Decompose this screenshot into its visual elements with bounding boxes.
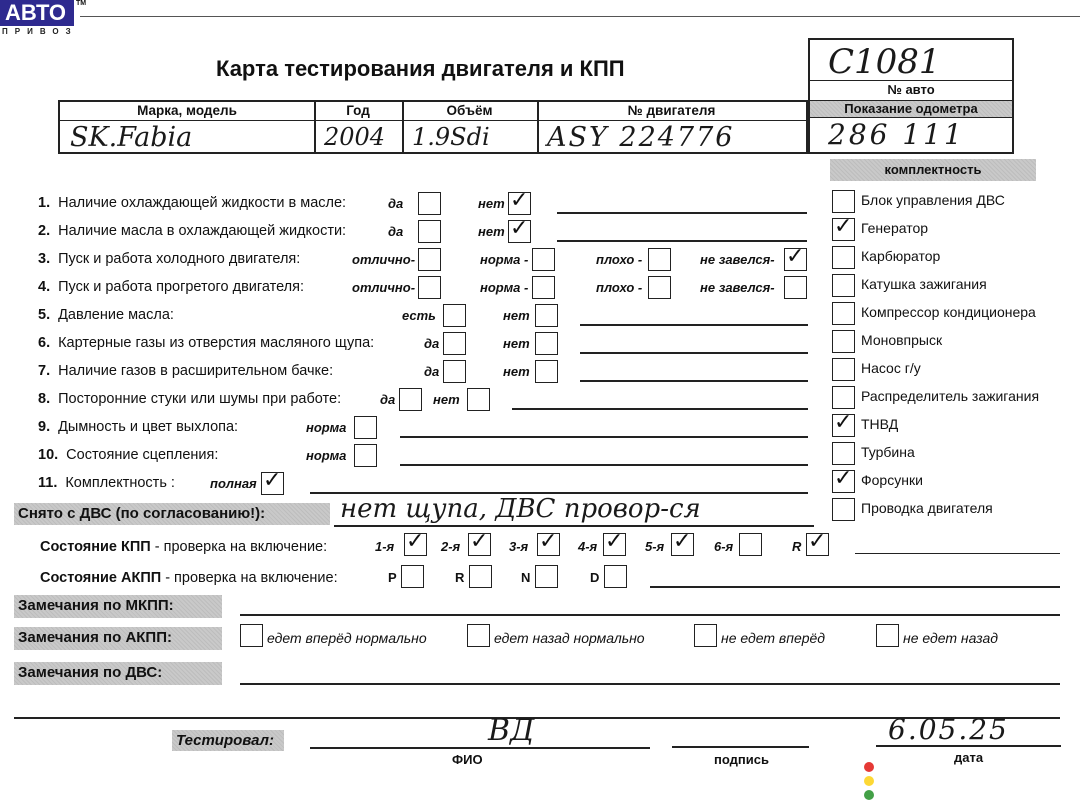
option-checkbox[interactable] xyxy=(443,332,466,355)
question-text: Давление масла: xyxy=(58,307,174,323)
option-checkbox[interactable] xyxy=(418,192,441,215)
question-row: 3.Пуск и работа холодного двигателя: xyxy=(38,251,300,267)
answer-line xyxy=(310,492,808,494)
header-volume: Объём xyxy=(402,102,537,121)
manual-gearbox-label: Состояние КПП - проверка на включение: xyxy=(40,539,327,555)
answer-line xyxy=(557,240,807,242)
completeness-item-label: Насос г/у xyxy=(861,360,921,376)
gear-checkbox[interactable]: ✓ xyxy=(404,533,427,556)
name-line xyxy=(310,747,650,749)
check-mark-icon: ✓ xyxy=(808,528,826,556)
option-checkbox[interactable] xyxy=(532,248,555,271)
option-checkbox[interactable]: ✓ xyxy=(508,192,531,215)
answer-line xyxy=(512,408,808,410)
name-caption: ФИО xyxy=(452,752,483,767)
gear-checkbox[interactable]: ✓ xyxy=(671,533,694,556)
check-mark-icon: ✓ xyxy=(510,187,528,215)
signature-caption: подпись xyxy=(714,752,769,767)
check-mark-icon: ✓ xyxy=(673,528,691,556)
completeness-item-label: Генератор xyxy=(861,220,928,236)
auto-gearbox-label: Состояние АКПП - проверка на включение: xyxy=(40,570,338,586)
akpp-option-checkbox[interactable] xyxy=(694,624,717,647)
question-row: 6.Картерные газы из отверстия масляного … xyxy=(38,335,374,351)
option-checkbox[interactable] xyxy=(418,248,441,271)
akpp-option-label: не едет назад xyxy=(903,630,998,646)
auto-gearbox-line xyxy=(650,586,1060,588)
check-mark-icon: ✓ xyxy=(834,465,852,493)
question-text: Пуск и работа холодного двигателя: xyxy=(58,251,300,267)
option-label: да xyxy=(388,196,403,211)
question-text: Пуск и работа прогретого двигателя: xyxy=(58,279,304,295)
option-checkbox[interactable] xyxy=(535,304,558,327)
option-checkbox[interactable] xyxy=(648,276,671,299)
akpp-option-label: едет вперёд нормально xyxy=(267,630,427,646)
check-mark-icon: ✓ xyxy=(786,243,804,271)
check-mark-icon: ✓ xyxy=(263,467,281,495)
question-text: Наличие газов в расширительном бачке: xyxy=(58,363,333,379)
question-row: 4.Пуск и работа прогретого двигателя: xyxy=(38,279,304,295)
mode-label: R xyxy=(455,570,464,585)
date-caption: дата xyxy=(954,750,983,765)
option-label: нет xyxy=(503,364,530,379)
question-text: Посторонние стуки или шумы при работе: xyxy=(58,391,341,407)
completeness-item-label: Турбина xyxy=(861,444,915,460)
option-checkbox[interactable] xyxy=(418,276,441,299)
question-number: 8. xyxy=(38,391,50,407)
question-text: Картерные газы из отверстия масляного щу… xyxy=(58,335,374,351)
engine-number-value: ASY 224776 xyxy=(537,121,806,154)
completeness-checkbox[interactable] xyxy=(832,246,855,269)
answer-line xyxy=(580,352,808,354)
gear-checkbox[interactable]: ✓ xyxy=(537,533,560,556)
question-number: 11. xyxy=(38,475,57,491)
header-make-model: Марка, модель xyxy=(60,102,314,121)
check-mark-icon: ✓ xyxy=(834,409,852,437)
question-text: Комплектность : xyxy=(65,475,175,491)
question-row: 10.Состояние сцепления: xyxy=(38,447,218,463)
mode-label: P xyxy=(388,570,397,585)
signature-line xyxy=(672,746,809,748)
option-label: нет xyxy=(478,224,505,239)
remarks-dvs-line xyxy=(240,683,1060,685)
option-checkbox[interactable] xyxy=(532,276,555,299)
yellow-dot-icon xyxy=(864,776,874,786)
check-mark-icon: ✓ xyxy=(539,528,557,556)
completeness-checkbox[interactable]: ✓ xyxy=(832,470,855,493)
mode-label: D xyxy=(590,570,599,585)
option-label: да xyxy=(424,336,439,351)
question-number: 5. xyxy=(38,307,50,323)
tested-by-label: Тестировал: xyxy=(172,730,284,751)
akpp-option-checkbox[interactable] xyxy=(240,624,263,647)
mode-label: N xyxy=(521,570,530,585)
question-text: Состояние сцепления: xyxy=(66,447,218,463)
completeness-checkbox[interactable]: ✓ xyxy=(832,218,855,241)
check-mark-icon: ✓ xyxy=(834,213,852,241)
option-label: отлично- xyxy=(352,280,415,295)
auto-number-box: C1081 № авто Показание одометра 286 111 xyxy=(808,38,1014,154)
date-value: 6.05.25 xyxy=(888,713,1009,746)
completeness-item-label: Форсунки xyxy=(861,472,923,488)
completeness-item-label: Распределитель зажигания xyxy=(861,388,1039,404)
gear-checkbox[interactable]: ✓ xyxy=(806,533,829,556)
question-number: 6. xyxy=(38,335,50,351)
removed-line xyxy=(334,525,814,527)
mode-checkbox[interactable] xyxy=(535,565,558,588)
akpp-option-label: не едет вперёд xyxy=(721,630,825,646)
option-label: плохо - xyxy=(596,252,642,267)
make-model-value: SK.Fabia xyxy=(60,121,314,154)
gear-checkbox[interactable]: ✓ xyxy=(468,533,491,556)
option-label: да xyxy=(424,364,439,379)
option-checkbox[interactable] xyxy=(784,276,807,299)
completeness-item-label: Катушка зажигания xyxy=(861,276,987,292)
answer-line xyxy=(580,324,808,326)
option-label: отлично- xyxy=(352,252,415,267)
option-label: нет xyxy=(503,308,530,323)
remarks-mkpp-label: Замечания по МКПП: xyxy=(14,595,222,618)
question-number: 4. xyxy=(38,279,50,295)
option-checkbox[interactable] xyxy=(535,360,558,383)
top-rule xyxy=(80,16,1080,17)
question-row: 8.Посторонние стуки или шумы при работе: xyxy=(38,391,341,407)
tested-by-name: ВД xyxy=(488,713,534,748)
option-label: нет xyxy=(433,392,460,407)
option-checkbox[interactable]: ✓ xyxy=(261,472,284,495)
option-label: не завелся- xyxy=(700,252,775,267)
green-dot-icon xyxy=(864,790,874,800)
completeness-checkbox[interactable] xyxy=(832,190,855,213)
option-checkbox[interactable] xyxy=(535,332,558,355)
vehicle-info-table: Марка, модель Год Объём № двигателя SK.F… xyxy=(58,100,808,154)
removed-value: нет щупа, ДВС провор-ся xyxy=(340,494,701,524)
option-checkbox[interactable]: ✓ xyxy=(508,220,531,243)
question-number: 9. xyxy=(38,419,50,435)
removed-label: Снято с ДВС (по согласованию!): xyxy=(14,503,330,525)
option-label: норма xyxy=(306,420,346,435)
option-checkbox[interactable]: ✓ xyxy=(784,248,807,271)
completeness-checkbox[interactable] xyxy=(832,386,855,409)
answer-line xyxy=(580,380,808,382)
completeness-item-label: Карбюратор xyxy=(861,248,940,264)
check-mark-icon: ✓ xyxy=(470,528,488,556)
option-label: норма - xyxy=(480,280,528,295)
option-checkbox[interactable] xyxy=(399,388,422,411)
gear-label: 3-я xyxy=(509,539,528,554)
question-row: 1.Наличие охлаждающей жидкости в масле: xyxy=(38,195,346,211)
gear-checkbox[interactable]: ✓ xyxy=(603,533,626,556)
year-value: 2004 xyxy=(314,121,402,154)
question-text: Дымность и цвет выхлопа: xyxy=(58,419,238,435)
completeness-checkbox[interactable] xyxy=(832,358,855,381)
check-mark-icon: ✓ xyxy=(406,528,424,556)
completeness-checkbox[interactable] xyxy=(832,442,855,465)
option-checkbox[interactable] xyxy=(648,248,671,271)
akpp-option-checkbox[interactable] xyxy=(876,624,899,647)
option-label: нет xyxy=(503,336,530,351)
avtoprivoz-logo: АВТО xyxy=(0,0,74,26)
logo-subtitle: ПРИВОЗ xyxy=(2,27,78,36)
question-number: 1. xyxy=(38,195,50,211)
mode-checkbox[interactable] xyxy=(401,565,424,588)
option-label: да xyxy=(380,392,395,407)
option-checkbox[interactable] xyxy=(443,360,466,383)
option-checkbox[interactable] xyxy=(467,388,490,411)
completeness-checkbox[interactable] xyxy=(832,302,855,325)
answer-line xyxy=(400,464,808,466)
option-checkbox[interactable] xyxy=(418,220,441,243)
question-number: 3. xyxy=(38,251,50,267)
gear-label: R xyxy=(792,539,801,554)
option-checkbox[interactable] xyxy=(443,304,466,327)
question-number: 7. xyxy=(38,363,50,379)
page-title: Карта тестирования двигателя и КПП xyxy=(216,56,625,82)
question-row: 11.Комплектность : xyxy=(38,475,175,491)
gear-label: 2-я xyxy=(441,539,460,554)
question-row: 2.Наличие масла в охлаждающей жидкости: xyxy=(38,223,346,239)
option-checkbox[interactable] xyxy=(354,416,377,439)
remarks-mkpp-line xyxy=(240,614,1060,616)
completeness-checkbox[interactable] xyxy=(832,498,855,521)
completeness-header: комплектность xyxy=(830,159,1036,181)
option-label: норма - xyxy=(480,252,528,267)
date-line xyxy=(876,745,1061,747)
gearbox-line xyxy=(855,553,1060,554)
completeness-item-label: Проводка двигателя xyxy=(861,500,993,516)
gear-checkbox[interactable] xyxy=(739,533,762,556)
completeness-item-label: Моновпрыск xyxy=(861,332,942,348)
answer-line xyxy=(400,436,808,438)
question-row: 9.Дымность и цвет выхлопа: xyxy=(38,419,238,435)
option-label: плохо - xyxy=(596,280,642,295)
mode-checkbox[interactable] xyxy=(604,565,627,588)
completeness-item-label: ТНВД xyxy=(861,416,898,432)
question-text: Наличие масла в охлаждающей жидкости: xyxy=(58,223,346,239)
akpp-option-checkbox[interactable] xyxy=(467,624,490,647)
option-label: полная xyxy=(210,476,257,491)
completeness-item-label: Компрессор кондиционера xyxy=(861,304,1036,320)
option-label: норма xyxy=(306,448,346,463)
option-label: есть xyxy=(402,308,436,323)
akpp-option-label: едет назад нормально xyxy=(494,630,645,646)
gear-label: 4-я xyxy=(578,539,597,554)
answer-line xyxy=(557,212,807,214)
question-row: 7.Наличие газов в расширительном бачке: xyxy=(38,363,333,379)
gear-label: 5-я xyxy=(645,539,664,554)
completeness-checkbox[interactable] xyxy=(832,274,855,297)
option-label: не завелся- xyxy=(700,280,775,295)
mode-checkbox[interactable] xyxy=(469,565,492,588)
auto-number-label: № авто xyxy=(810,81,1012,99)
auto-number-value: C1081 xyxy=(828,42,941,82)
check-mark-icon: ✓ xyxy=(510,215,528,243)
odometer-label: Показание одометра xyxy=(810,100,1012,118)
header-year: Год xyxy=(314,102,402,121)
remarks-dvs-label: Замечания по ДВС: xyxy=(14,662,222,685)
remarks-akpp-label: Замечания по АКПП: xyxy=(14,627,222,650)
question-text: Наличие охлаждающей жидкости в масле: xyxy=(58,195,346,211)
trademark-mark: TM xyxy=(76,0,86,7)
header-engine-number: № двигателя xyxy=(537,102,806,121)
red-dot-icon xyxy=(864,762,874,772)
option-checkbox[interactable] xyxy=(354,444,377,467)
question-number: 10. xyxy=(38,447,58,463)
completeness-checkbox[interactable]: ✓ xyxy=(832,414,855,437)
completeness-item-label: Блок управления ДВС xyxy=(861,192,1005,208)
gear-label: 1-я xyxy=(375,539,394,554)
option-label: да xyxy=(388,224,403,239)
check-mark-icon: ✓ xyxy=(605,528,623,556)
completeness-checkbox[interactable] xyxy=(832,330,855,353)
odometer-value: 286 111 xyxy=(828,118,965,151)
question-number: 2. xyxy=(38,223,50,239)
volume-value: 1.9Sdi xyxy=(402,121,537,154)
gear-label: 6-я xyxy=(714,539,733,554)
question-row: 5.Давление масла: xyxy=(38,307,174,323)
option-label: нет xyxy=(478,196,505,211)
